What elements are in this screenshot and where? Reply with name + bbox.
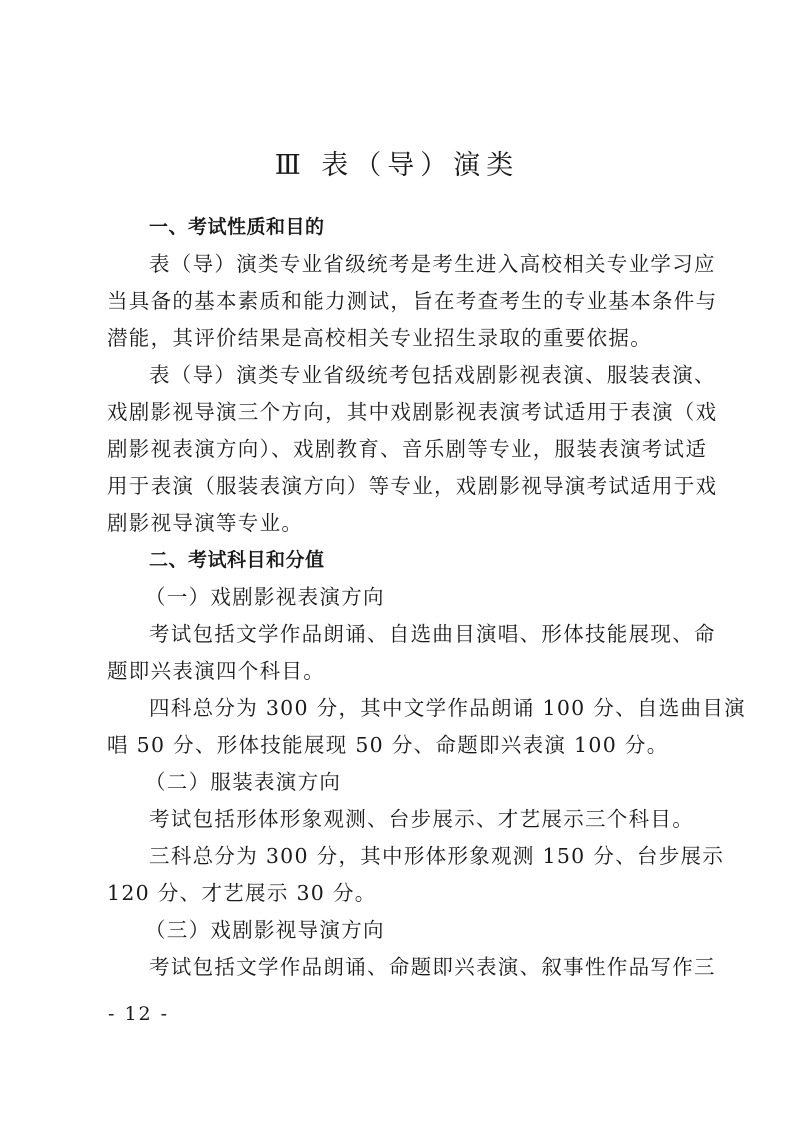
paragraph-line: 用于表演（服装表演方向）等专业，戏剧影视导演考试适用于戏 [107,473,693,499]
paragraph-line: 120 分、才艺展示 30 分。 [107,880,693,906]
paragraph-line: 四科总分为 300 分，其中文学作品朗诵 100 分、自选曲目演 [149,695,693,721]
section-title: Ⅲ 表（导）演类 [0,143,794,182]
paragraph-line: 考试包括文学作品朗诵、命题即兴表演、叙事性作品写作三 [149,954,693,980]
paragraph-line: 三科总分为 300 分，其中形体形象观测 150 分、台步展示 [149,843,693,869]
paragraph-line: 表（导）演类专业省级统考是考生进入高校相关专业学习应 [149,251,693,277]
section-heading: 一、考试性质和目的 [149,214,693,240]
subsection-heading: （一）戏剧影视表演方向 [145,584,689,610]
subsection-heading: （三）戏剧影视导演方向 [145,917,689,943]
paragraph-line: 剧影视导演等专业。 [107,510,693,536]
paragraph-line: 戏剧影视导演三个方向，其中戏剧影视表演考试适用于表演（戏 [107,399,693,425]
paragraph-line: 唱 50 分、形体技能展现 50 分、命题即兴表演 100 分。 [107,732,693,758]
paragraph-line: 考试包括形体形象观测、台步展示、才艺展示三个科目。 [149,806,693,832]
paragraph-line: 剧影视表演方向）、戏剧教育、音乐剧等专业，服装表演考试适 [107,436,693,462]
paragraph-line: 当具备的基本素质和能力测试，旨在考查考生的专业基本条件与 [107,288,693,314]
paragraph-line: 潜能，其评价结果是高校相关专业招生录取的重要依据。 [107,325,693,351]
paragraph-line: 题即兴表演四个科目。 [107,658,693,684]
subsection-heading: （二）服装表演方向 [145,769,689,795]
paragraph-line: 表（导）演类专业省级统考包括戏剧影视表演、服装表演、 [149,362,693,388]
page-number: - 12 - [108,1003,169,1025]
section-heading: 二、考试科目和分值 [149,547,693,573]
paragraph-line: 考试包括文学作品朗诵、自选曲目演唱、形体技能展现、命 [149,621,693,647]
